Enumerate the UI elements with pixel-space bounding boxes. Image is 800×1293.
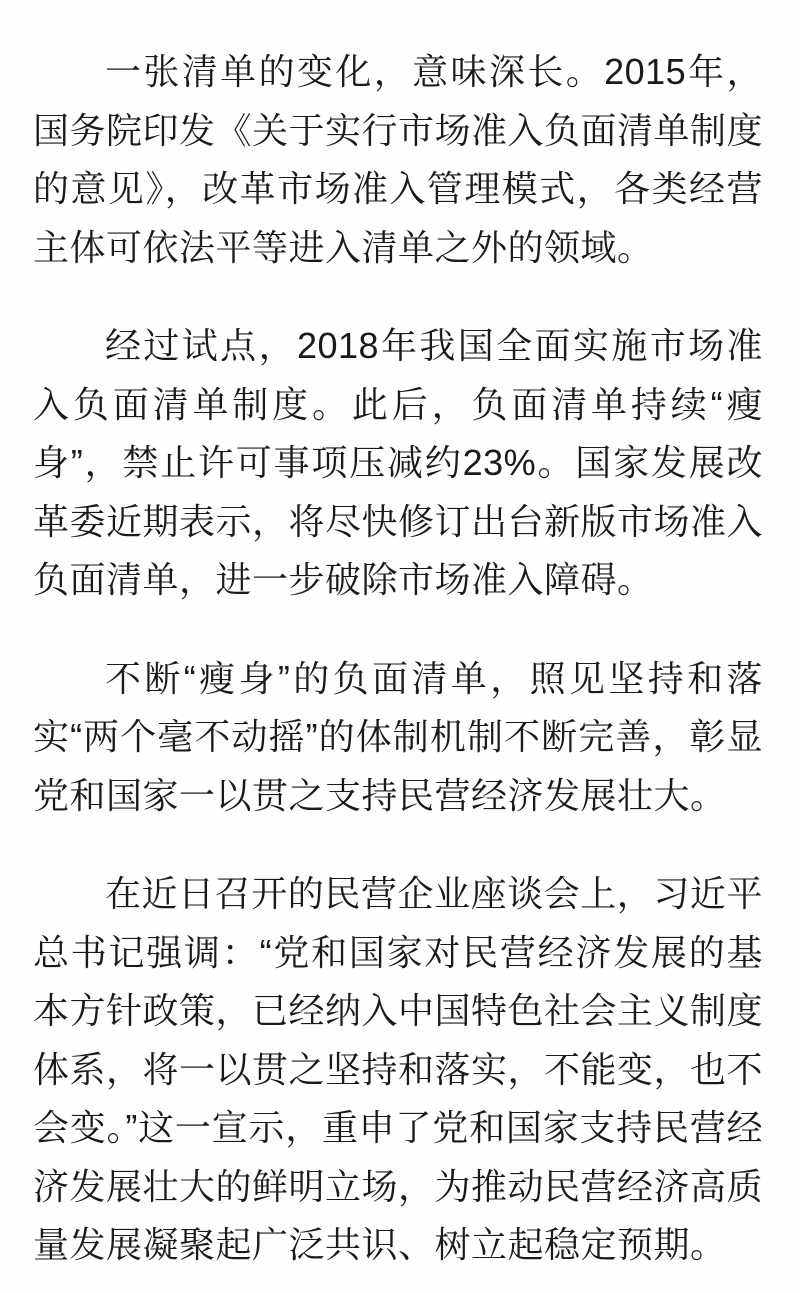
article-paragraph: 不断“瘦身”的负面清单，照见坚持和落实“两个毫不动摇”的体制机制不断完善，彰显党… (33, 650, 763, 826)
article-paragraph: 经过试点，2018年我国全面实施市场准入负面清单制度。此后，负面清单持续“瘦身”… (33, 317, 763, 610)
article-paragraph: 一张清单的变化，意味深长。2015年，国务院印发《关于实行市场准入负面清单制度的… (33, 43, 763, 277)
article-body: 一张清单的变化，意味深长。2015年，国务院印发《关于实行市场准入负面清单制度的… (0, 0, 800, 1293)
article-paragraph: 在近日召开的民营企业座谈会上，习近平总书记强调：“党和国家对民营经济发展的基本方… (33, 865, 763, 1275)
